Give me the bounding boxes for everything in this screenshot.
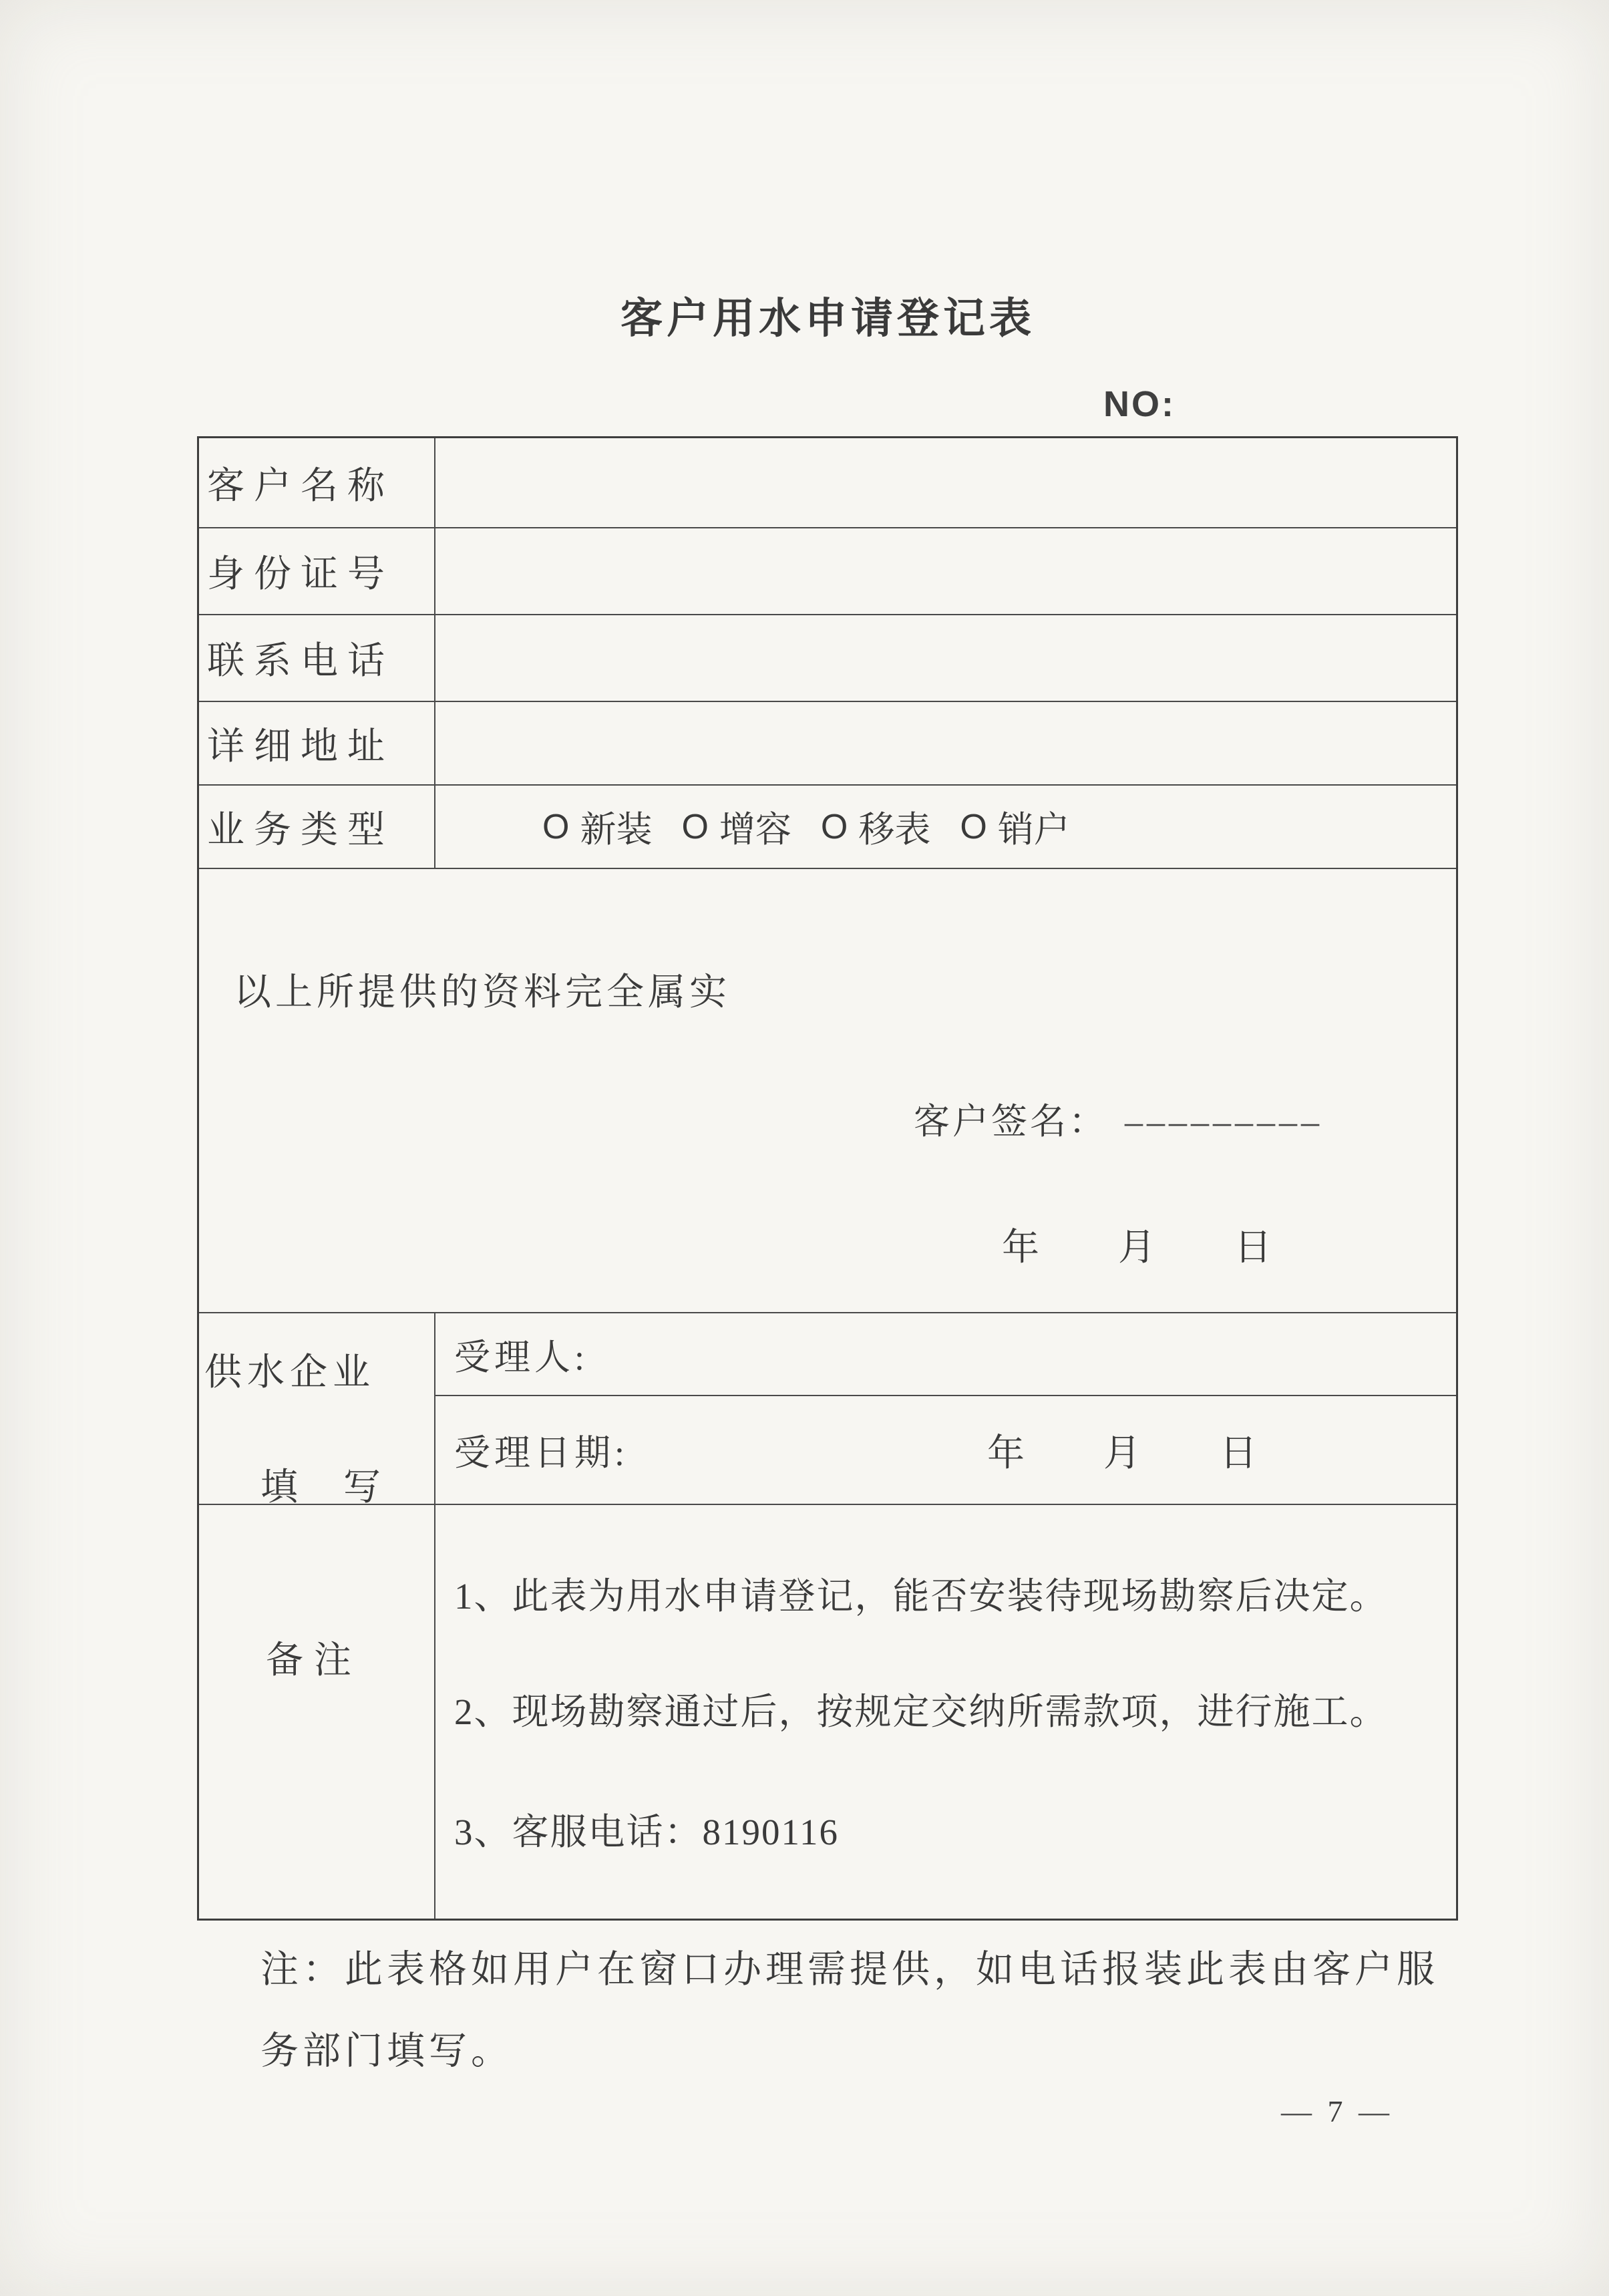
field-row-business-type: 业务类型 O 新装 O 增容 O 移表 O 销户 <box>199 786 1456 869</box>
footnote-line-1: 注：此表格如用户在窗口办理需提供，如电话报装此表由客户服 <box>260 1939 1439 1993</box>
declaration-statement: 以上所提供的资料完全属实 <box>234 963 731 1016</box>
field-row-contact-phone: 联系电话 <box>199 615 1456 702</box>
remark-item-2: 2、现场勘察通过后，按规定交纳所需款项，进行施工。 <box>454 1682 1388 1735</box>
field-value-address <box>435 702 1456 784</box>
field-value-id-number <box>435 528 1456 614</box>
company-fill-label-cell: 供水企业 填 写 <box>199 1313 435 1504</box>
option-new-install: O 新装 <box>542 801 652 852</box>
form-title: 客户用水申请登记表 <box>0 285 1609 345</box>
option-circle-icon: O <box>542 807 569 847</box>
field-label-business-type: 业务类型 <box>199 786 435 868</box>
date-year-label: 年 <box>1002 1227 1039 1269</box>
company-label-line1: 供水企业 <box>204 1343 375 1396</box>
option-label-account-close: 销户 <box>998 801 1070 852</box>
signature-row: 客户签名：––––––––– <box>914 1093 1323 1144</box>
field-label-address: 详细地址 <box>199 702 435 784</box>
field-label-id-number: 身份证号 <box>199 528 435 614</box>
option-circle-icon: O <box>821 807 848 847</box>
business-type-options: O 新装 O 增容 O 移表 O 销户 <box>435 786 1456 868</box>
field-value-customer-name <box>435 438 1456 527</box>
field-value-contact-phone <box>435 615 1456 701</box>
form-number-label: NO: <box>1103 383 1176 425</box>
remarks-section: 备注 1、此表为用水申请登记，能否安装待现场勘察后决定。 2、现场勘察通过后，按… <box>199 1505 1456 1919</box>
option-capacity-increase: O 增容 <box>681 801 791 852</box>
remarks-items: 1、此表为用水申请登记，能否安装待现场勘察后决定。 2、现场勘察通过后，按规定交… <box>435 1505 1456 1919</box>
field-label-contact-phone: 联系电话 <box>199 615 435 701</box>
remarks-label-cell: 备注 <box>199 1505 435 1919</box>
water-application-table: 客户名称 身份证号 联系电话 详细地址 业务类型 O 新装 O <box>197 436 1458 1921</box>
date-month-label: 月 <box>1103 1433 1141 1474</box>
option-circle-icon: O <box>681 807 708 847</box>
company-label-line2: 填 写 <box>260 1458 385 1511</box>
accept-date-units: 年 月 日 <box>987 1424 1326 1477</box>
accept-date-label: 受理日期: <box>454 1424 629 1476</box>
page-number: — 7 — <box>1281 2094 1393 2129</box>
field-row-customer-name: 客户名称 <box>199 438 1456 528</box>
signature-label: 客户签名： <box>914 1102 1107 1142</box>
accept-date-row: 受理日期: 年 月 日 <box>435 1396 1456 1504</box>
option-label-meter-relocation: 移表 <box>858 801 930 852</box>
declaration-date-row: 年 月 日 <box>1002 1218 1341 1271</box>
remarks-label: 备注 <box>266 1631 362 1684</box>
option-circle-icon: O <box>960 807 987 847</box>
option-label-new-install: 新装 <box>580 801 652 852</box>
remark-item-1: 1、此表为用水申请登记，能否安装待现场勘察后决定。 <box>454 1567 1388 1619</box>
date-day-label: 日 <box>1234 1227 1272 1269</box>
remark-item-3: 3、客服电话：8190116 <box>454 1802 839 1855</box>
option-account-close: O 销户 <box>960 801 1069 852</box>
acceptor-row: 受理人: <box>435 1313 1456 1396</box>
declaration-section: 以上所提供的资料完全属实 客户签名：––––––––– 年 月 日 <box>199 869 1456 1313</box>
date-month-label: 月 <box>1118 1227 1155 1269</box>
acceptor-label: 受理人: <box>454 1329 588 1380</box>
scanned-form-page: 客户用水申请登记表 NO: 客户名称 身份证号 联系电话 详细地址 业务类型 O… <box>0 0 1609 2296</box>
company-section: 供水企业 填 写 受理人: 受理日期: 年 月 日 <box>199 1313 1456 1505</box>
footnote-line-2: 务部门填写。 <box>260 2020 513 2075</box>
date-year-label: 年 <box>987 1433 1025 1474</box>
field-label-customer-name: 客户名称 <box>199 438 435 527</box>
option-label-capacity-increase: 增容 <box>719 801 791 852</box>
field-row-id-number: 身份证号 <box>199 528 1456 615</box>
signature-line: ––––––––– <box>1125 1102 1323 1142</box>
company-fill-rows: 受理人: 受理日期: 年 月 日 <box>435 1313 1456 1504</box>
field-row-address: 详细地址 <box>199 702 1456 786</box>
option-meter-relocation: O 移表 <box>821 801 930 852</box>
date-day-label: 日 <box>1220 1433 1257 1474</box>
